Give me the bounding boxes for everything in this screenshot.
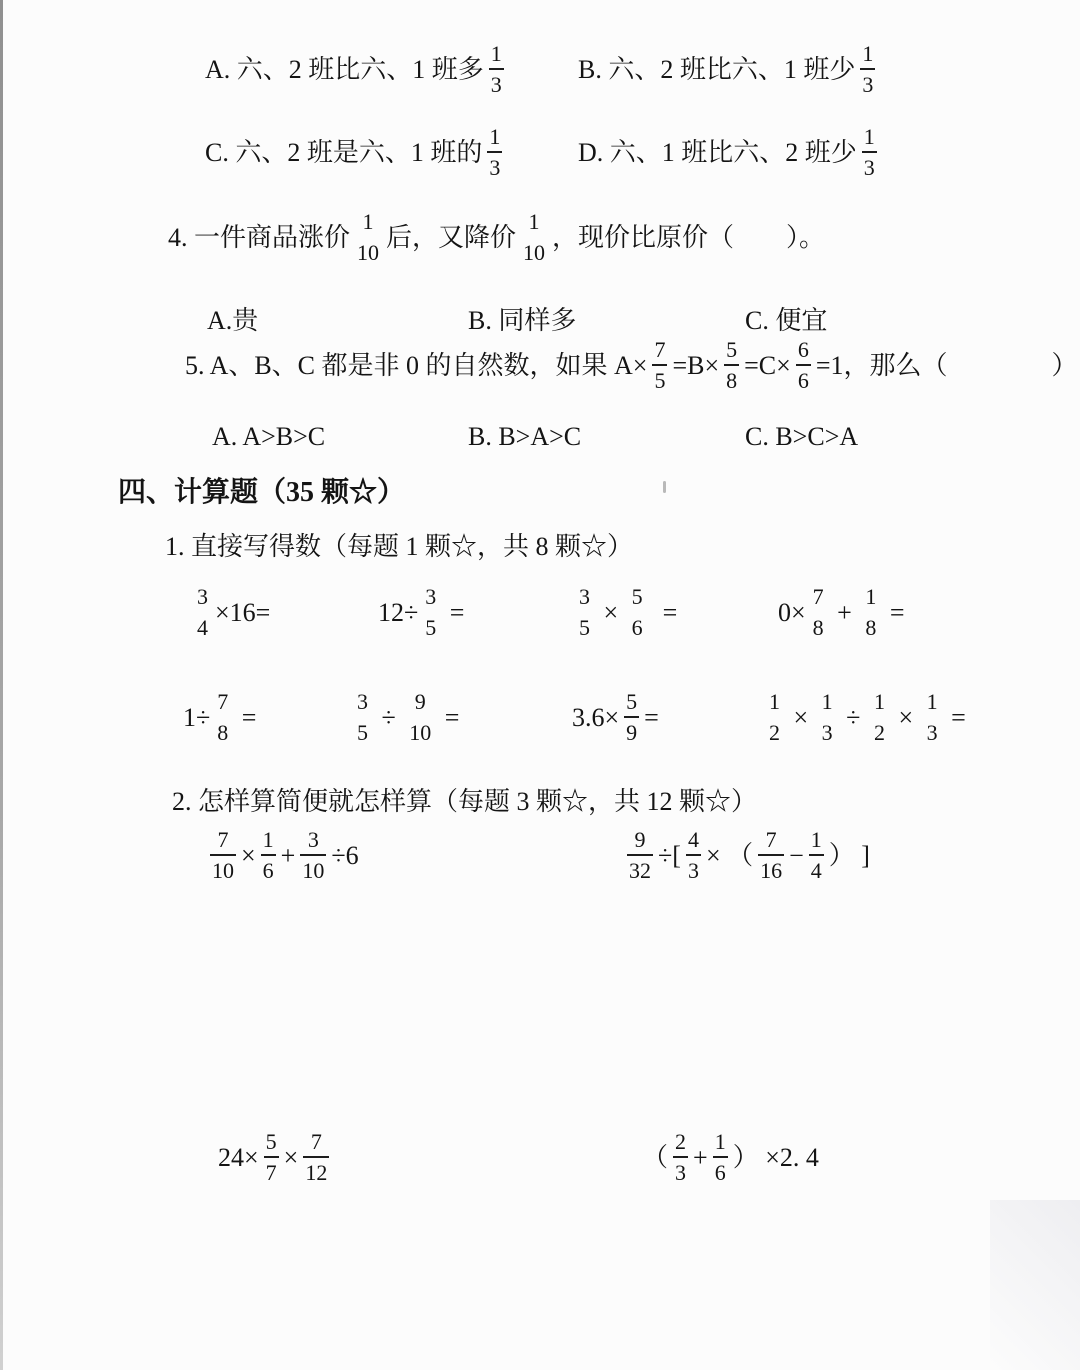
fraction-numerator: 3 [195, 585, 210, 608]
calc2-expression-1: 710×16+310÷6 [205, 828, 359, 882]
fraction-numerator: 1 [489, 42, 504, 65]
fraction-denominator: 6 [713, 1161, 728, 1184]
fraction-numerator: 2 [673, 1130, 688, 1153]
math-text: =1，那么（ ） [816, 350, 1078, 381]
fraction-bar [521, 236, 547, 238]
fraction-bar [724, 364, 739, 366]
fraction-denominator: 3 [673, 1161, 688, 1184]
math-text: 4. 一件商品涨价 [168, 222, 350, 253]
scan-speck-artifact [663, 481, 666, 493]
fraction-numerator: 1 [809, 828, 824, 851]
math-text: ÷ [375, 702, 402, 733]
fraction-numerator: 1 [872, 690, 887, 713]
fraction-denominator: 3 [820, 721, 835, 744]
scan-shade-artifact [990, 1200, 1080, 1370]
fraction-bar [862, 151, 877, 153]
fraction-bar [264, 1156, 279, 1158]
math-text: A. 六、2 班比六、1 班多 [205, 54, 484, 85]
fraction-denominator: 5 [577, 616, 592, 639]
fraction: 58 [724, 338, 739, 392]
fraction-numerator: 5 [724, 338, 739, 361]
fraction-denominator: 7 [264, 1161, 279, 1184]
fraction-bar [407, 716, 433, 718]
math-text: 12÷ [378, 597, 418, 628]
fraction-denominator: 4 [809, 859, 824, 882]
section-4-title: 四、计算题（35 颗☆） [118, 476, 405, 510]
fraction: 13 [860, 42, 875, 96]
fraction-denominator: 8 [811, 616, 826, 639]
fraction-denominator: 3 [862, 156, 877, 179]
fraction-bar [652, 364, 667, 366]
math-text: × [284, 1142, 299, 1173]
math-text: × （ [706, 840, 753, 871]
fraction-numerator: 1 [862, 125, 877, 148]
question-4-option-c: C. 便宜 [745, 305, 827, 336]
question-3-option-b: B. 六、2 班比六、1 班少13 [578, 42, 880, 96]
calc-part-2-title: 2. 怎样算简便就怎样算（每题 3 颗☆，共 12 颗☆） [172, 786, 757, 817]
fraction-numerator: 3 [577, 585, 592, 608]
question-3-option-d: D. 六、1 班比六、2 班少13 [578, 125, 882, 179]
fraction: 78 [215, 690, 230, 744]
fraction-denominator: 10 [521, 241, 547, 264]
fraction-numerator: 9 [633, 828, 648, 851]
fraction-numerator: 3 [423, 585, 438, 608]
math-text: = [644, 702, 659, 733]
question-3-option-a: A. 六、2 班比六、1 班多13 [205, 42, 509, 96]
fraction: 716 [758, 828, 784, 882]
fraction: 57 [264, 1130, 279, 1184]
fraction-denominator: 5 [423, 616, 438, 639]
math-text: （ [642, 1142, 668, 1173]
question-4-option-b: B. 同样多 [468, 305, 576, 336]
fraction-numerator: 1 [860, 42, 875, 65]
math-text: = [945, 702, 966, 733]
fraction-denominator: 6 [630, 616, 645, 639]
fraction-denominator: 3 [686, 859, 701, 882]
fraction: 66 [796, 338, 811, 392]
scan-edge-artifact [0, 0, 3, 1370]
fraction: 12 [872, 690, 887, 744]
fraction-numerator: 1 [863, 585, 878, 608]
fraction: 110 [521, 210, 547, 264]
fraction: 78 [811, 585, 826, 639]
fraction-numerator: 7 [811, 585, 826, 608]
fraction-bar [355, 716, 370, 718]
fraction-bar [863, 611, 878, 613]
fraction-denominator: 3 [860, 73, 875, 96]
fraction-numerator: 1 [527, 210, 542, 233]
fraction-numerator: 7 [215, 690, 230, 713]
math-text: + [693, 1142, 708, 1173]
fraction-denominator: 3 [925, 721, 940, 744]
fraction-bar [811, 611, 826, 613]
math-text: × [597, 597, 625, 628]
math-text: = [443, 597, 464, 628]
fraction: 110 [355, 210, 381, 264]
fraction-numerator: 1 [487, 125, 502, 148]
math-text: + [281, 840, 296, 871]
fraction-numerator: 7 [652, 338, 667, 361]
fraction: 712 [303, 1130, 329, 1184]
fraction-denominator: 5 [652, 369, 667, 392]
fraction-numerator: 1 [767, 690, 782, 713]
fraction: 12 [767, 690, 782, 744]
fraction-denominator: 9 [624, 721, 639, 744]
calc-part-1-title: 1. 直接写得数（每题 1 颗☆，共 8 颗☆） [165, 531, 633, 562]
fraction: 23 [673, 1130, 688, 1184]
math-text: =C× [744, 350, 791, 381]
math-text: ，现价比原价（ ）。 [552, 222, 825, 253]
fraction-bar [210, 854, 236, 856]
calc2-expression-2: 932÷[43× （716−14） ] [622, 828, 870, 882]
fraction-numerator: 1 [261, 828, 276, 851]
fraction: 56 [630, 585, 645, 639]
math-text: 后，又降价 [386, 222, 516, 253]
math-text: ） ] [829, 840, 870, 871]
fraction-numerator: 4 [686, 828, 701, 851]
fraction-bar [624, 716, 639, 718]
fraction: 710 [210, 828, 236, 882]
math-text: × [241, 840, 256, 871]
fraction-denominator: 10 [210, 859, 236, 882]
fraction-numerator: 5 [630, 585, 645, 608]
fraction-denominator: 32 [627, 859, 653, 882]
fraction-denominator: 4 [195, 616, 210, 639]
math-text: 5. A、B、C 都是非 0 的自然数，如果 A× [185, 350, 647, 381]
fraction-numerator: 7 [309, 1130, 324, 1153]
fraction: 13 [925, 690, 940, 744]
math-text: + [831, 597, 859, 628]
fraction: 59 [624, 690, 639, 744]
question-3-option-c: C. 六、2 班是六、1 班的13 [205, 125, 507, 179]
fraction: 932 [627, 828, 653, 882]
fraction-denominator: 2 [872, 721, 887, 744]
fraction-numerator: 7 [764, 828, 779, 851]
fraction-denominator: 3 [489, 73, 504, 96]
fraction-denominator: 10 [407, 721, 433, 744]
fraction-numerator: 1 [820, 690, 835, 713]
fraction-bar [820, 716, 835, 718]
math-text: ÷ [840, 702, 867, 733]
fraction-bar [303, 1156, 329, 1158]
fraction: 43 [686, 828, 701, 882]
fraction-bar [355, 236, 381, 238]
fraction-numerator: 3 [355, 690, 370, 713]
fraction: 18 [863, 585, 878, 639]
math-text: ÷[ [658, 840, 681, 871]
fraction-numerator: 1 [361, 210, 376, 233]
math-text: =B× [672, 350, 719, 381]
fraction-bar [261, 854, 276, 856]
question-4-option-a: A.贵 [207, 305, 258, 336]
fraction-denominator: 2 [767, 721, 782, 744]
math-text: × [787, 702, 815, 733]
fraction-numerator: 6 [796, 338, 811, 361]
fraction-bar [872, 716, 887, 718]
calc1-expression-4: 0×78 + 18 = [778, 585, 905, 639]
fraction: 16 [261, 828, 276, 882]
calc2-expression-4: （23+16） ×2. 4 [642, 1130, 819, 1184]
math-text: B. 六、2 班比六、1 班少 [578, 54, 855, 85]
math-text: ×16= [215, 597, 270, 628]
fraction-denominator: 6 [796, 369, 811, 392]
fraction-denominator: 16 [758, 859, 784, 882]
fraction-denominator: 6 [261, 859, 276, 882]
math-text: − [789, 840, 804, 871]
fraction-numerator: 9 [413, 690, 428, 713]
fraction-bar [809, 854, 824, 856]
fraction: 13 [487, 125, 502, 179]
fraction-denominator: 3 [487, 156, 502, 179]
fraction-denominator: 8 [215, 721, 230, 744]
math-text: 1÷ [183, 702, 210, 733]
fraction: 14 [809, 828, 824, 882]
fraction-bar [673, 1156, 688, 1158]
math-text: 0× [778, 597, 806, 628]
fraction-bar [860, 68, 875, 70]
math-text: ） ×2. 4 [733, 1142, 819, 1173]
question-4-stem: 4. 一件商品涨价110后，又降价110，现价比原价（ ）。 [168, 210, 825, 264]
fraction-bar [215, 716, 230, 718]
fraction-bar [925, 716, 940, 718]
fraction-denominator: 12 [303, 1161, 329, 1184]
calc1-expression-3: 35 × 56 = [572, 585, 677, 639]
fraction: 35 [355, 690, 370, 744]
fraction: 310 [300, 828, 326, 882]
fraction: 13 [862, 125, 877, 179]
fraction-bar [627, 854, 653, 856]
question-5-option-c: C. B>C>A [745, 421, 858, 452]
fraction: 35 [423, 585, 438, 639]
fraction-numerator: 7 [216, 828, 231, 851]
math-text: = [650, 597, 678, 628]
fraction: 910 [407, 690, 433, 744]
fraction-numerator: 5 [624, 690, 639, 713]
fraction-denominator: 5 [355, 721, 370, 744]
math-text: ÷6 [331, 840, 358, 871]
math-text: D. 六、1 班比六、2 班少 [578, 137, 857, 168]
fraction: 75 [652, 338, 667, 392]
fraction-bar [423, 611, 438, 613]
fraction-numerator: 3 [306, 828, 321, 851]
question-5-stem: 5. A、B、C 都是非 0 的自然数，如果 A×75=B×58=C×66=1，… [185, 338, 1077, 392]
fraction-bar [767, 716, 782, 718]
calc1-expression-2: 12÷35 = [378, 585, 464, 639]
fraction-bar [577, 611, 592, 613]
fraction-denominator: 10 [355, 241, 381, 264]
fraction: 16 [713, 1130, 728, 1184]
fraction: 13 [820, 690, 835, 744]
fraction-bar [630, 611, 645, 613]
fraction-numerator: 1 [925, 690, 940, 713]
math-text: × [892, 702, 920, 733]
fraction-bar [489, 68, 504, 70]
fraction-bar [713, 1156, 728, 1158]
math-text: 24× [218, 1142, 259, 1173]
math-text: 3.6× [572, 702, 619, 733]
fraction: 34 [195, 585, 210, 639]
math-text: = [438, 702, 459, 733]
math-text: = [883, 597, 904, 628]
math-text: = [235, 702, 256, 733]
calc1-expression-8: 12 × 13 ÷ 12 × 13 = [762, 690, 966, 744]
question-5-option-b: B. B>A>C [468, 421, 581, 452]
fraction-denominator: 8 [724, 369, 739, 392]
calc1-expression-1: 34×16= [190, 585, 270, 639]
fraction: 35 [577, 585, 592, 639]
fraction-numerator: 5 [264, 1130, 279, 1153]
fraction-bar [758, 854, 784, 856]
fraction-numerator: 1 [713, 1130, 728, 1153]
fraction-bar [686, 854, 701, 856]
fraction-bar [300, 854, 326, 856]
worksheet-page: A. 六、2 班比六、1 班多13 B. 六、2 班比六、1 班少13 C. 六… [0, 0, 1080, 1370]
question-5-option-a: A. A>B>C [212, 421, 325, 452]
calc1-expression-7: 3.6×59= [572, 690, 659, 744]
calc2-expression-3: 24×57×712 [218, 1130, 334, 1184]
fraction-bar [487, 151, 502, 153]
fraction-denominator: 8 [863, 616, 878, 639]
fraction: 13 [489, 42, 504, 96]
calc1-expression-6: 35 ÷ 910 = [350, 690, 459, 744]
fraction-denominator: 10 [300, 859, 326, 882]
calc1-expression-5: 1÷78 = [183, 690, 256, 744]
math-text: C. 六、2 班是六、1 班的 [205, 137, 482, 168]
fraction-bar [195, 611, 210, 613]
fraction-bar [796, 364, 811, 366]
